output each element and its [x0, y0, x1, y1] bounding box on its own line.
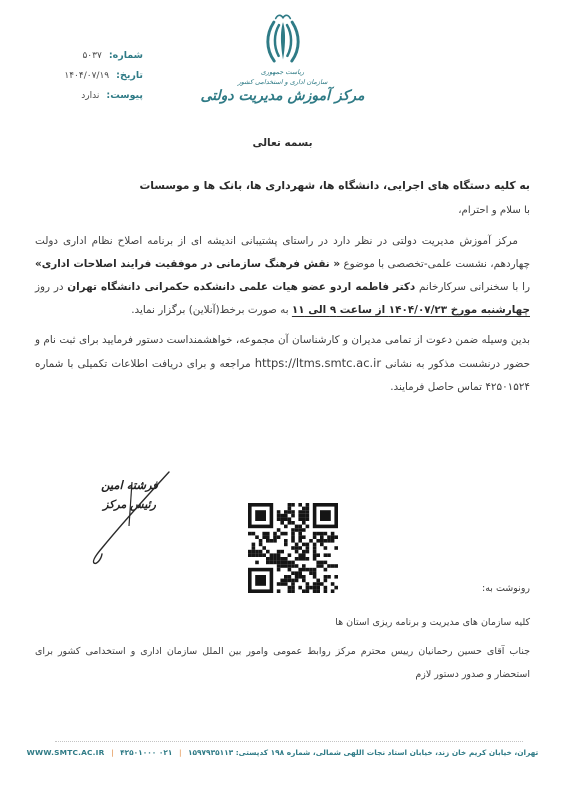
qr-code-icon — [248, 503, 338, 593]
contact-number: ۴۲۵۰۱۵۲۴ — [485, 381, 530, 393]
number-value: ۵۰۳۷ — [82, 51, 101, 61]
para1-seg6: به صورت برخط(آنلاین) برگزار نماید. — [131, 304, 292, 316]
number-label: شماره: — [109, 50, 143, 61]
signature-block: فرشته امین رئیس مرکز — [72, 478, 187, 511]
cc-label: رونوشت به: — [35, 583, 530, 594]
paragraph-announcement: مرکز آموزش مدیریت دولتی در نظر دارد در ر… — [35, 230, 530, 322]
footer-separator: | — [179, 748, 182, 757]
para1-datetime: چهارشنبه مورخ ۱۴۰۴/۰۷/۲۳ از ساعت ۹ الی ۱… — [292, 304, 530, 316]
footer-website[interactable]: WWW.SMTC.AC.IR — [27, 748, 105, 757]
footer-separator: | — [111, 748, 114, 757]
letter-page: شماره: ۵۰۳۷ تاریخ: ۱۴۰۴/۰۷/۱۹ پیوست: ندا… — [0, 0, 565, 800]
date-label: تاریخ: — [116, 70, 143, 81]
para2-seg2: مراجعه و برای دریافت اطلاعات تکمیلی با ش… — [35, 358, 255, 370]
para1-topic: « نقش فرهنگ سازمانی در موفقیت فرایند اصل… — [35, 258, 340, 270]
paragraph-registration: بدین وسیله ضمن دعوت از تمامی مدیران و کا… — [35, 329, 530, 399]
letterhead-center-name: مرکز آموزش مدیریت دولتی — [168, 88, 398, 104]
signatory-name: فرشته امین — [72, 478, 187, 492]
cc-item-provinces: کلیه سازمان های مدیریت و برنامه ریزی است… — [35, 611, 530, 634]
basmala: بسمه تعالی — [0, 137, 565, 149]
recipient-line: به کلیه دستگاه های اجرایی، دانشگاه ها، ش… — [35, 179, 530, 192]
letter-number: شماره: ۵۰۳۷ — [18, 50, 143, 61]
date-value: ۱۴۰۴/۰۷/۱۹ — [64, 71, 109, 81]
attachment-label: پیوست: — [106, 90, 143, 101]
cc-section: رونوشت به: کلیه سازمان های مدیریت و برنا… — [35, 583, 530, 692]
footer-divider — [55, 741, 523, 742]
letter-meta: شماره: ۵۰۳۷ تاریخ: ۱۴۰۴/۰۷/۱۹ پیوست: ندا… — [18, 50, 143, 110]
footer-contact-line: تهران، خیابان کریم خان زند، خیابان استاد… — [0, 748, 565, 757]
letterhead-organization: سازمان اداری و استخدامی کشور — [168, 78, 398, 86]
letter-attachment: پیوست: ندارد — [18, 90, 143, 101]
iran-national-emblem-icon — [168, 12, 398, 66]
salutation-line: با سلام و احترام، — [35, 205, 530, 216]
attachment-value: ندارد — [81, 91, 99, 101]
para2-seg4: تماس حاصل فرمایند. — [390, 381, 485, 393]
footer-address: تهران، خیابان کریم خان زند، خیابان استاد… — [188, 748, 538, 757]
para1-seg4: در روز — [35, 281, 67, 293]
signatory-title: رئیس مرکز — [72, 498, 187, 511]
para1-seg2: را با سخنرانی سرکارخانم — [415, 281, 530, 293]
letter-body: به کلیه دستگاه های اجرایی، دانشگاه ها، ش… — [35, 179, 530, 406]
letterhead-presidency: ریاست جمهوری — [168, 68, 398, 76]
footer-phone: ۰۲۱ ۴۲۵۰۱۰۰۰ — [120, 748, 172, 757]
letter-date: تاریخ: ۱۴۰۴/۰۷/۱۹ — [18, 70, 143, 81]
registration-url[interactable]: https://ltms.smtc.ac.ir — [255, 356, 381, 370]
para1-speaker: دکتر فاطمه اردو عضو هیات علمی دانشکده حک… — [67, 281, 415, 293]
letterhead: ریاست جمهوری سازمان اداری و استخدامی کشو… — [168, 12, 398, 104]
cc-item-public-relations: جناب آقای حسین رحمانیان رییس محترم مرکز … — [35, 640, 530, 686]
